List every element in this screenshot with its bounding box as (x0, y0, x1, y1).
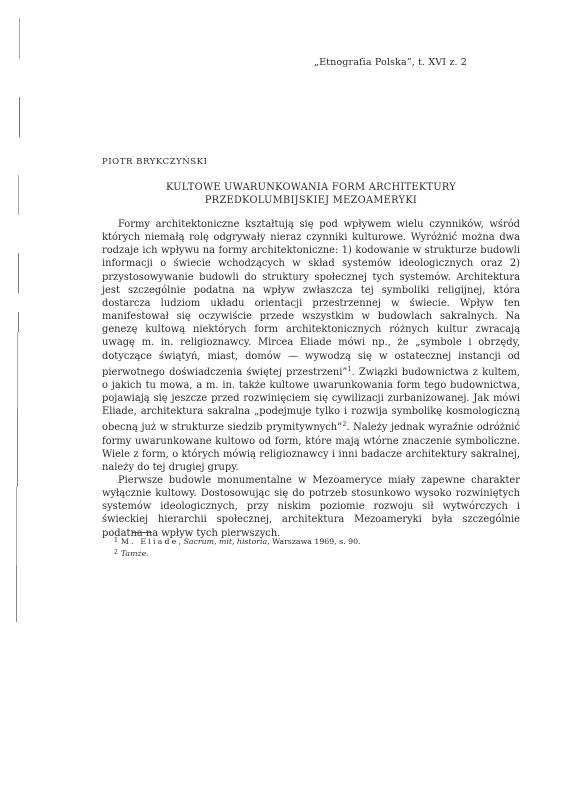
footnote-number: 1 (114, 537, 118, 544)
footnote: 1M. Eliade, Sacrum, mit, historia, Warsz… (114, 536, 361, 548)
title-line: KULTOWE UWARUNKOWANIA FORM ARCHITEKTURY (102, 181, 520, 194)
title-line: PRZEDKOLUMBIJSKIEJ MEZOAMERYKI (102, 194, 520, 207)
paragraph-text: Formy architektoniczne kształtują się po… (102, 219, 520, 378)
scan-binding-line (17, 409, 18, 487)
paragraph: Formy architektoniczne kształtują się po… (102, 218, 520, 474)
scan-binding-line (19, 18, 20, 59)
footnote-author: M. Eliade (121, 537, 179, 546)
scan-binding-line (17, 332, 18, 409)
scan-binding-line (18, 175, 19, 215)
footnote-rest: , Warszawa 1969, s. 90. (267, 537, 360, 546)
scan-binding-line (18, 253, 19, 293)
footnote-divider (132, 532, 152, 533)
journal-header: „Etnografia Polska”, t. XVI z. 2 (314, 57, 467, 68)
scan-binding-line (16, 487, 17, 565)
scan-binding-line (16, 565, 17, 622)
footnote-text: Tamże. (121, 549, 149, 558)
paragraph: Pierwsze budowle monumentalne w Mezoamer… (102, 474, 520, 540)
scan-binding-line (18, 312, 19, 332)
scan-binding-line (19, 97, 20, 137)
footnotes: 1M. Eliade, Sacrum, mit, historia, Warsz… (114, 536, 361, 559)
author-name: PIOTR BRYKCZYŃSKI (102, 157, 207, 167)
footnote-number: 2 (114, 549, 118, 556)
footnote: 2Tamże. (114, 548, 361, 560)
article-body: Formy architektoniczne kształtują się po… (102, 218, 520, 540)
footnote-title: Sacrum, mit, historia (183, 537, 267, 546)
article-title: KULTOWE UWARUNKOWANIA FORM ARCHITEKTURY … (102, 181, 520, 207)
